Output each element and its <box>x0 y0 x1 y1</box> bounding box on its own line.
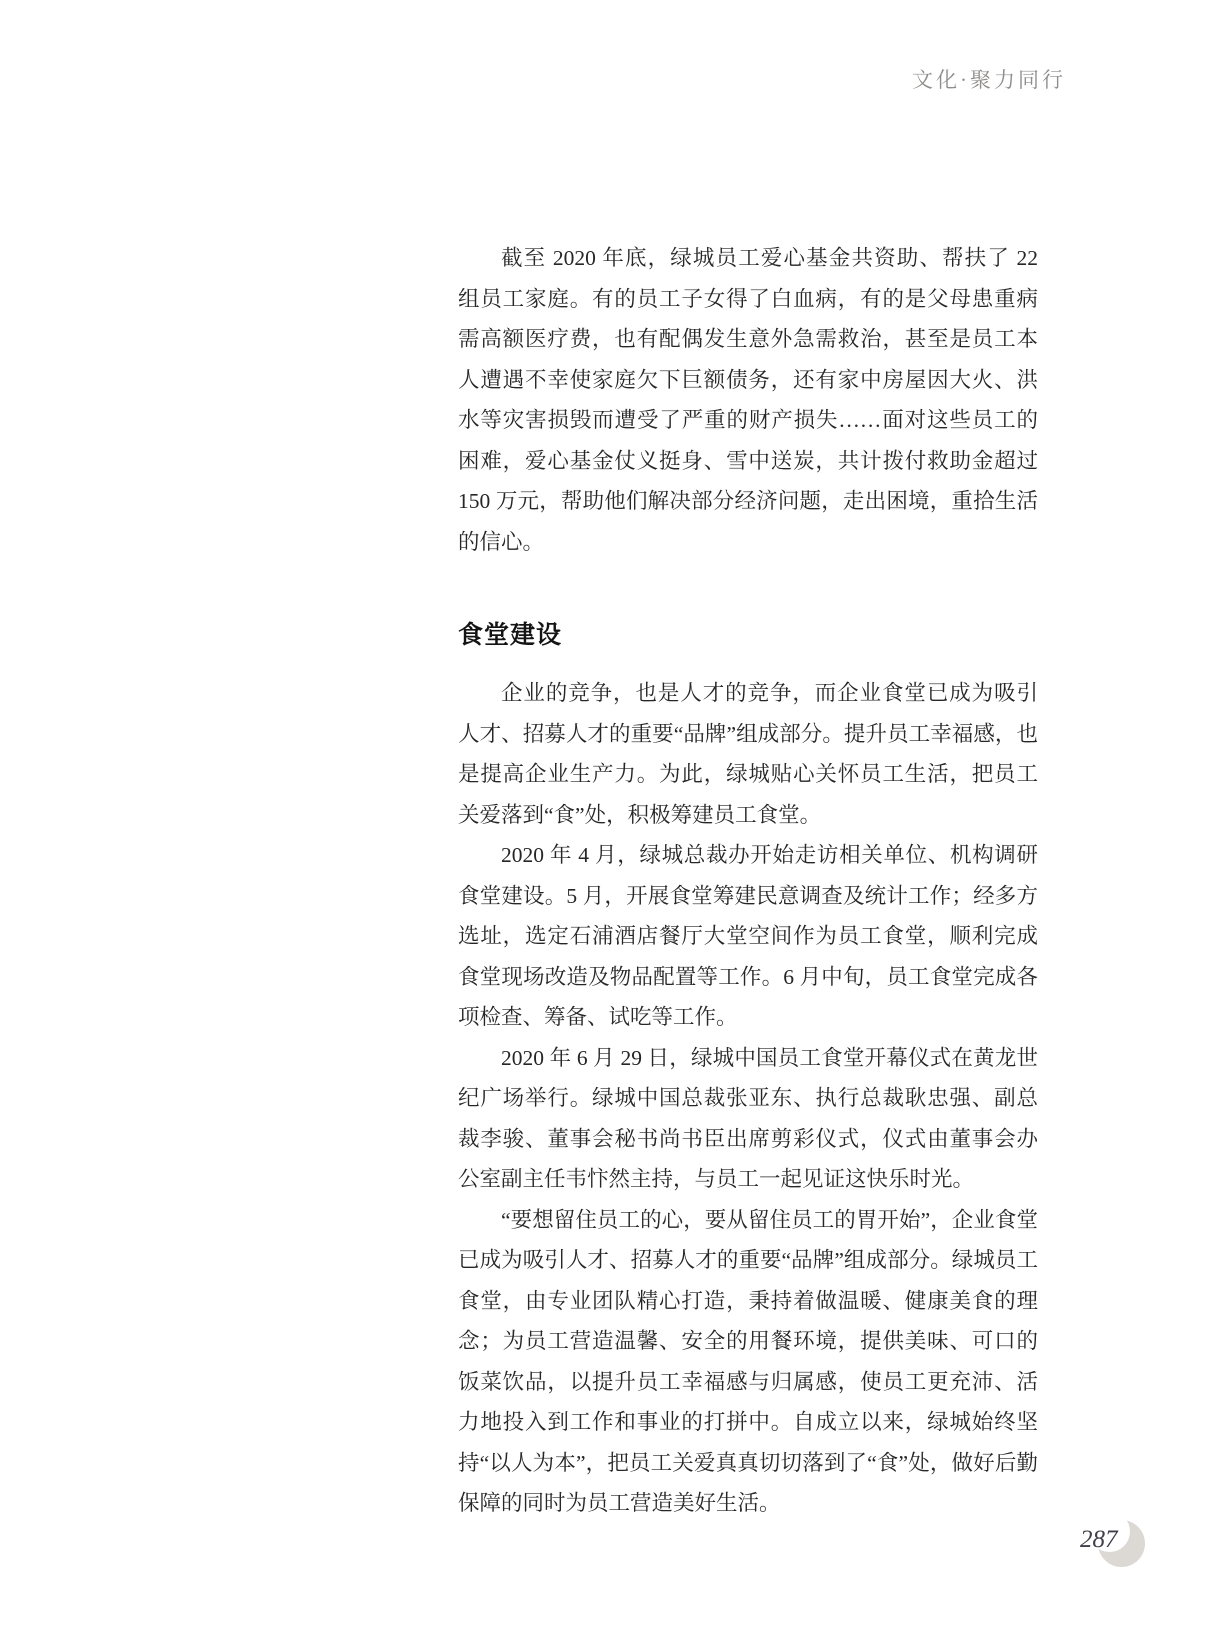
paragraph-canteen-philosophy: “要想留住员工的心，要从留住员工的胃开始”，企业食堂已成为吸引人才、招募人才的重… <box>458 1200 1038 1524</box>
body-text-block: 截至 2020 年底，绿城员工爱心基金共资助、帮扶了 22 组员工家庭。有的员工… <box>458 238 1038 1524</box>
page-number: 287 <box>1080 1526 1118 1554</box>
paragraph-canteen-preparation: 2020 年 4 月，绿城总裁办开始走访相关单位、机构调研食堂建设。5 月，开展… <box>458 835 1038 1038</box>
paragraph-love-fund: 截至 2020 年底，绿城员工爱心基金共资助、帮扶了 22 组员工家庭。有的员工… <box>458 238 1038 562</box>
paragraph-canteen-intro: 企业的竞争，也是人才的竞争，而企业食堂已成为吸引人才、招募人才的重要“品牌”组成… <box>458 673 1038 835</box>
page-footer: 287 <box>1080 1516 1170 1576</box>
document-page: 文化·聚力同行 截至 2020 年底，绿城员工爱心基金共资助、帮扶了 22 组员… <box>0 0 1212 1645</box>
running-header: 文化·聚力同行 <box>912 64 1066 94</box>
paragraph-canteen-opening-ceremony: 2020 年 6 月 29 日，绿城中国员工食堂开幕仪式在黄龙世纪广场举行。绿城… <box>458 1038 1038 1200</box>
section-heading-canteen-construction: 食堂建设 <box>458 617 1038 653</box>
